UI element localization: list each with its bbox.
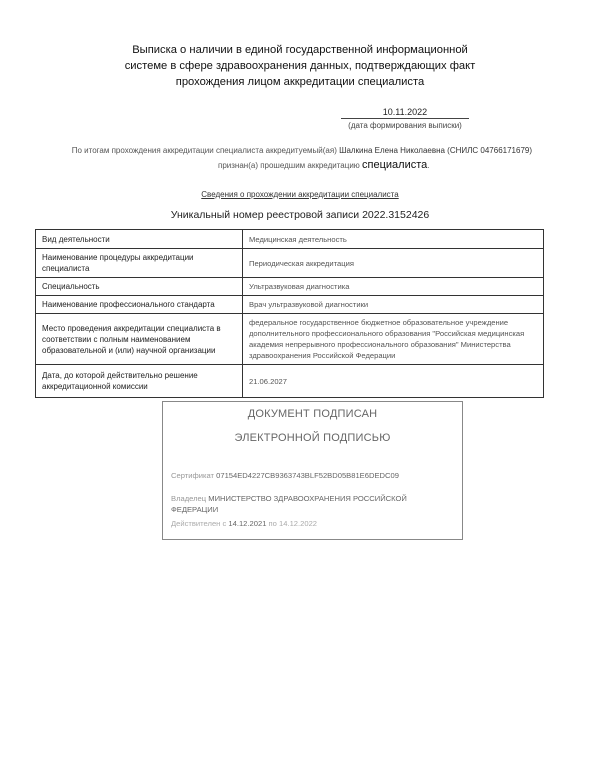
stamp-owner: Владелец МИНИСТЕРСТВО ЗДРАВООХРАНЕНИЯ РО…	[171, 493, 451, 515]
stamp-validity: Действителен с 14.12.2021 по 14.12.2022	[171, 519, 317, 528]
row-label: Место проведения аккредитации специалист…	[36, 314, 243, 365]
row-value: Периодическая аккредитация	[243, 249, 544, 278]
table-row: Дата, до которой действительно решение а…	[36, 365, 544, 398]
owner-value: МИНИСТЕРСТВО ЗДРАВООХРАНЕНИЯ РОССИЙСКОЙ …	[171, 494, 407, 514]
row-value: 21.06.2027	[243, 365, 544, 398]
stamp-heading: ДОКУМЕНТ ПОДПИСАН	[163, 408, 462, 420]
page-title: Выписка о наличии в единой государственн…	[120, 42, 480, 90]
valid-to-label: по	[269, 519, 277, 528]
certificate-value: 07154ED4227CB9363743BLF52BD05B81E6DEDC09	[216, 471, 399, 480]
row-value: Медицинская деятельность	[243, 230, 544, 249]
person-name: Шалкина Елена Николаевна (СНИЛС 04766171…	[339, 146, 532, 155]
title-line: Выписка о наличии в единой государственн…	[120, 42, 480, 58]
table-row: Наименование процедуры аккредитации спец…	[36, 249, 544, 278]
intro-suffix: .	[427, 161, 429, 170]
title-line: прохождения лицом аккредитации специалис…	[120, 74, 480, 90]
row-value: федеральное государственное бюджетное об…	[243, 314, 544, 365]
valid-label: Действителен с	[171, 519, 226, 528]
accreditation-table: Вид деятельности Медицинская деятельност…	[35, 229, 544, 398]
issue-date-block: 10.11.2022 (дата формирования выписки)	[335, 107, 475, 130]
row-value: Врач ультразвуковой диагностики	[243, 296, 544, 314]
valid-to: 14.12.2022	[279, 519, 317, 528]
row-label: Наименование профессионального стандарта	[36, 296, 243, 314]
certificate-label: Сертификат	[171, 471, 214, 480]
intro-statement: По итогам прохождения аккредитации специ…	[40, 144, 540, 173]
section-title: Сведения о прохождении аккредитации спец…	[140, 190, 460, 199]
title-line: системе в сфере здравоохранения данных, …	[120, 58, 480, 74]
row-label: Вид деятельности	[36, 230, 243, 249]
stamp-certificate: Сертификат 07154ED4227CB9363743BLF52BD05…	[171, 471, 399, 480]
intro-line2: признан(а) прошедшим аккредитацию	[218, 161, 360, 170]
intro-strong: специалиста	[362, 159, 427, 171]
owner-label: Владелец	[171, 494, 206, 503]
table-row: Наименование профессионального стандарта…	[36, 296, 544, 314]
table-row: Место проведения аккредитации специалист…	[36, 314, 544, 365]
table-row: Вид деятельности Медицинская деятельност…	[36, 230, 544, 249]
table-row: Специальность Ультразвуковая диагностика	[36, 278, 544, 296]
row-label: Наименование процедуры аккредитации спец…	[36, 249, 243, 278]
registry-number: Уникальный номер реестровой записи 2022.…	[140, 209, 460, 221]
intro-prefix: По итогам прохождения аккредитации специ…	[72, 146, 337, 155]
issue-date-caption: (дата формирования выписки)	[335, 121, 475, 130]
issue-date: 10.11.2022	[341, 107, 469, 119]
electronic-signature-stamp: ДОКУМЕНТ ПОДПИСАН ЭЛЕКТРОННОЙ ПОДПИСЬЮ С…	[162, 401, 463, 540]
valid-from: 14.12.2021	[228, 519, 266, 528]
stamp-subheading: ЭЛЕКТРОННОЙ ПОДПИСЬЮ	[163, 432, 462, 444]
row-label: Дата, до которой действительно решение а…	[36, 365, 243, 398]
row-label: Специальность	[36, 278, 243, 296]
row-value: Ультразвуковая диагностика	[243, 278, 544, 296]
